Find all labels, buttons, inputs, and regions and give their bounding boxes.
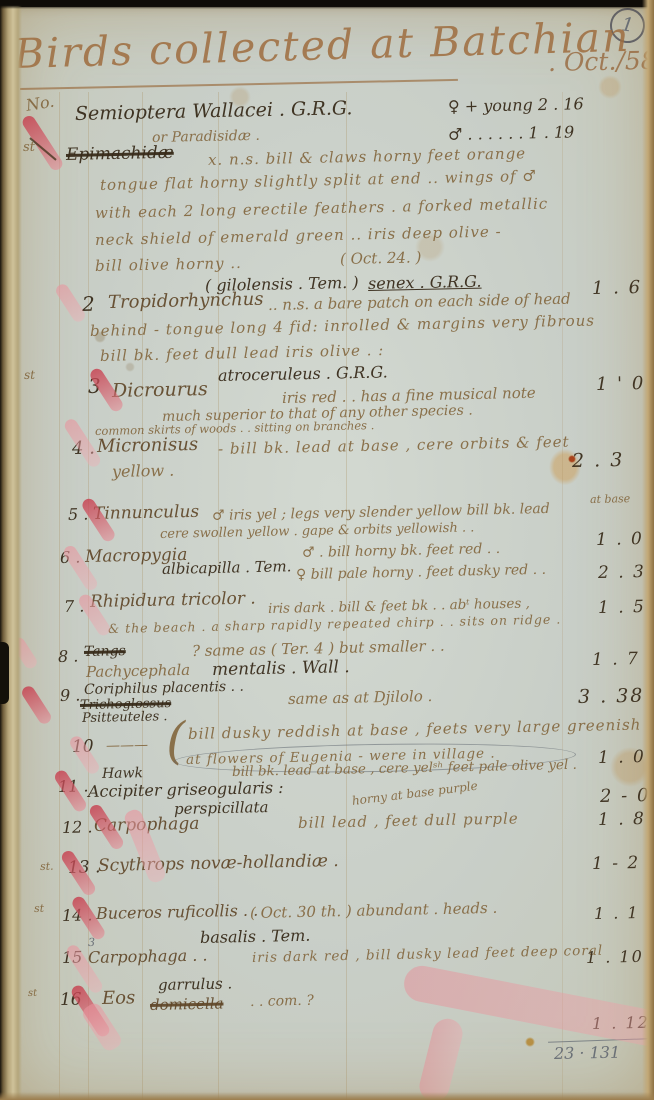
entry-16-insert: garrulus . [158,974,233,994]
entry-14-species: Buceros ruficollis . . [96,901,259,923]
entry-2-price: 1 . 6 [592,277,643,299]
entry-9-alt-genus: Psitteuteles . [82,709,168,726]
entry-3-st-mark: st [24,368,35,382]
entry-6-price: 2 . 3 [598,562,646,583]
entry-4-price: 2 . 3 [572,449,625,472]
entry-12-price: 1 . 8 [598,809,646,830]
entry-13-price: 1 - 2 [592,853,641,874]
entry-2-insert-name: senex . G.R.G. [368,272,482,293]
manuscript-scan: 1 Birds collected at Batchian . Oct./58.… [0,0,654,1100]
entry-15-insert: basalis . Tem. [200,926,311,947]
entry-15-price: 1 . 10 [586,947,644,967]
entry-13-st-mark: st. [40,860,54,873]
entry-3-species: Dicrourus [112,378,208,402]
entry-12-insert: perspicillata [174,798,269,818]
entry-7-price: 1 . 5 [598,597,646,618]
book-spine-edge [0,0,22,1100]
entry-14-price: 1 . 1 [594,903,640,923]
entry-15-species: Carpophaga . . [88,945,208,966]
entry-4-species: Micronisus [97,434,199,457]
page-edge-bottom [0,1092,654,1100]
entry-9-number: 9 . [60,686,81,705]
entry-1-family-alt: or Paradisidæ . [152,128,260,146]
entry-5-species: Tinnunculus [93,502,200,524]
entry-8-genus: Pachycephala [86,661,190,681]
entry-12-number: 12 . [62,817,93,837]
entry-1-date-note: ( Oct. 24. ) [340,248,422,268]
entry-16-struck-name: domicella [150,994,224,1014]
entry-8-number: 8 . [58,647,79,666]
entry-9-note-line: same as at Djilolo . [288,687,433,708]
entry-16-species: Eos [102,987,136,1009]
entry-14-st-mark: st [34,902,44,915]
pencil-total: 23 · 131 [554,1043,621,1063]
entry-9-species: Coriphilus placentis . . [84,679,244,698]
entry-1-note-line: bill olive horny .. [95,254,242,275]
ruled-line [59,92,60,1100]
entry-11-insert: Hawk [102,765,143,782]
scan-edge-top [0,0,654,9]
entry-8-price: 1 . 7 [592,649,640,670]
entry-8-species: mentalis . Wall . [212,657,350,680]
entry-16-note-line: . . com. ? [250,993,314,1010]
entry-9-price: 3 . 38 [578,685,645,708]
spine-notch [0,642,9,704]
entry-8-struck-name: Tangs [84,643,126,660]
entry-7-species: Rhipidura tricolor . [90,589,256,612]
entry-2-species: Tropidorhynchus [108,289,264,313]
entry-1-count-female: ♀ + young 2 . 16 [448,94,584,116]
entry-6-insert: albicapilla . Tem. [162,557,292,578]
entry-16-st-mark: st [28,988,37,999]
entry-10-ditto-dash: ——— [106,737,148,754]
entry-5-superscript: at base [590,492,630,506]
entry-10-price: 1 . 0 [598,747,646,768]
entry-1-count-male: ♂ . . . . . . 1 . 19 [448,122,575,144]
title-date: . Oct./58. [548,46,654,77]
entry-4-note-line: yellow . [112,461,175,481]
entry-3-insert: atroceruleus . G.R.G. [218,362,388,385]
entry-5-price: 1 . 0 [596,529,644,550]
entry-1-struck-family: Epimachidæ [66,143,174,165]
entry-3-price: 1 ' 0 [596,373,646,395]
page-edge-right [642,0,654,1100]
